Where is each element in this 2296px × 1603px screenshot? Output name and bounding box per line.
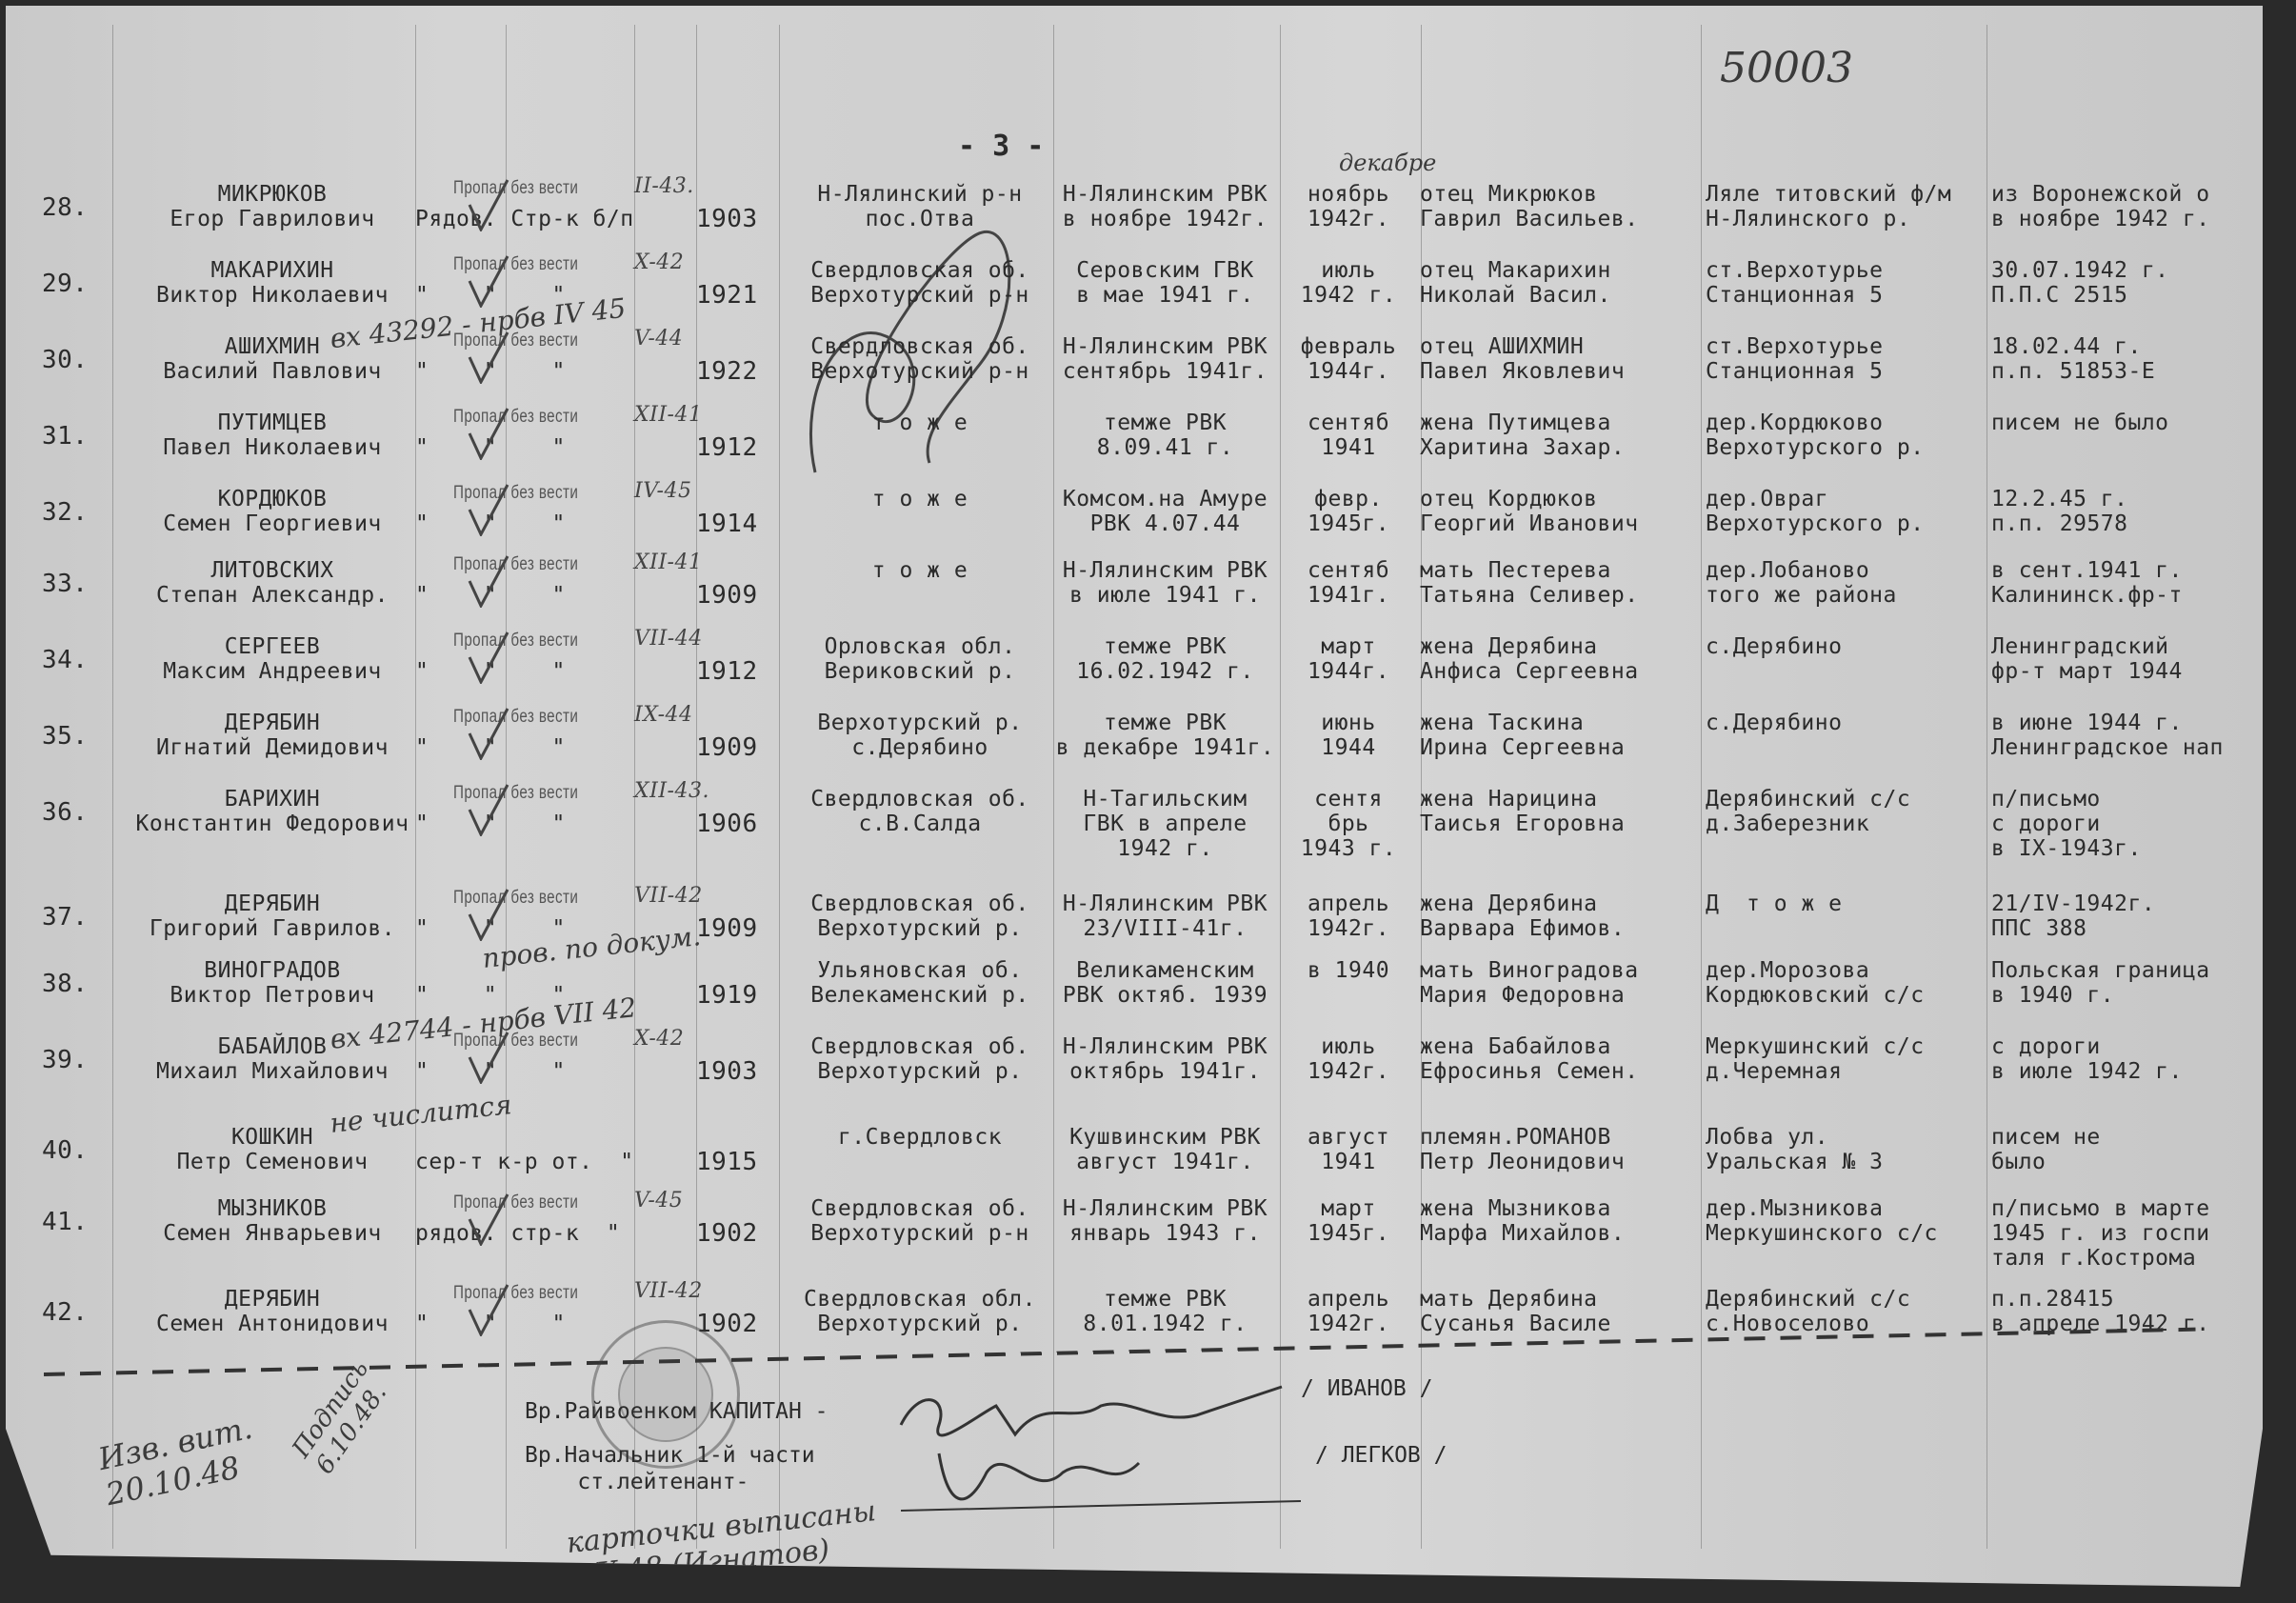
missing-date-handwritten: XII-41 xyxy=(634,403,702,428)
first-name: Егор Гаврилович xyxy=(120,207,425,231)
first-name: Михаил Михайлович xyxy=(120,1059,425,1084)
last-letter-note: п/письмо с дороги в IX-1943г. xyxy=(1991,787,2267,861)
last-contact-date: июль 1942г. xyxy=(1282,1034,1415,1084)
first-name: Семен Антонидович xyxy=(120,1312,425,1336)
checkmark-icon xyxy=(468,407,509,460)
missing-date-handwritten: VII-42 xyxy=(634,884,703,909)
next-of-kin: жена Дерябина Варвара Ефимов. xyxy=(1420,892,1706,941)
checkmark-icon xyxy=(468,631,509,684)
last-letter-note: 21/IV-1942г. ППС 388 xyxy=(1991,892,2267,941)
missing-date-handwritten: X-42 xyxy=(634,1027,684,1052)
last-letter-note: Ленинградский фр-т март 1944 xyxy=(1991,634,2267,684)
birth-place: Свердловская об. Верхотурский р. xyxy=(782,892,1058,941)
last-contact-date: в 1940 xyxy=(1282,958,1415,983)
last-contact-date: апрель 1942г. xyxy=(1282,1287,1415,1336)
kin-address: с.Дерябино xyxy=(1706,711,1991,735)
birth-year: 1909 xyxy=(696,916,758,941)
rank: рядов. стр-к " xyxy=(415,1221,620,1246)
surname: МИКРЮКОВ xyxy=(120,182,425,207)
missing-date-handwritten: II-43. xyxy=(634,174,694,199)
soldier-name: БАРИХИНКонстантин Федорович xyxy=(120,787,425,836)
first-name: Максим Андреевич xyxy=(120,659,425,684)
archive-document-sheet: 50003 - 3 - 28.МИКРЮКОВЕгор ГавриловичРя… xyxy=(6,6,2263,1587)
row-number: 42. xyxy=(42,1300,88,1325)
soldier-name: ПУТИМЦЕВПавел Николаевич xyxy=(120,411,425,460)
next-of-kin: жена Путимцева Харитина Захар. xyxy=(1420,411,1706,460)
row-number: 37. xyxy=(42,905,88,930)
conscription-office: Н-Лялинским РВК сентябрь 1941г. xyxy=(1053,334,1277,384)
last-contact-date: февраль 1944г. xyxy=(1282,334,1415,384)
last-letter-note: Польская граница в 1940 г. xyxy=(1991,958,2267,1008)
table-row: 34.СЕРГЕЕВМаксим Андреевич" " "1912Орлов… xyxy=(6,634,2263,711)
missing-date-handwritten: IV-45 xyxy=(634,479,692,504)
signature-title-1: Вр.Райвоенком КАПИТАН - xyxy=(525,1398,829,1425)
last-contact-date: ноябрь 1942г. xyxy=(1282,182,1415,231)
month-correction-handwritten: декабре xyxy=(1339,150,1436,176)
birth-place: т о ж е xyxy=(782,487,1058,511)
soldier-name: ДЕРЯБИНИгнатий Демидович xyxy=(120,711,425,760)
last-contact-date: сентя брь 1943 г. xyxy=(1282,787,1415,861)
last-contact-date: сентяб 1941г. xyxy=(1282,558,1415,608)
birth-year: 1909 xyxy=(696,583,758,608)
row-number: 39. xyxy=(42,1048,88,1072)
last-contact-date: апрель 1942г. xyxy=(1282,892,1415,941)
conscription-office: темже РВК 8.01.1942 г. xyxy=(1053,1287,1277,1336)
birth-year: 1902 xyxy=(696,1221,758,1246)
table-row: 39.БАБАЙЛОВМихаил Михайлович" " "1903Све… xyxy=(6,1034,2263,1111)
row-number: 31. xyxy=(42,424,88,449)
last-letter-note: писем не было xyxy=(1991,1125,2267,1174)
checkmark-icon xyxy=(468,254,509,308)
archive-number: 50003 xyxy=(1720,44,1853,92)
table-row: 28.МИКРЮКОВЕгор ГавриловичРядов. Стр-к б… xyxy=(6,182,2263,258)
table-row: 30.АШИХМИНВасилий Павлович" " "1922Сверд… xyxy=(6,334,2263,411)
next-of-kin: жена Таскина Ирина Сергеевна xyxy=(1420,711,1706,760)
next-of-kin: мать Дерябина Сусанья Василе xyxy=(1420,1287,1706,1336)
surname: БАРИХИН xyxy=(120,787,425,812)
row-number: 33. xyxy=(42,571,88,596)
birth-place: Н-Лялинский р-н пос.Отва xyxy=(782,182,1058,231)
surname: КОРДЮКОВ xyxy=(120,487,425,511)
conscription-office: темже РВК 16.02.1942 г. xyxy=(1053,634,1277,684)
missing-date-handwritten: X-42 xyxy=(634,250,684,275)
row-number: 36. xyxy=(42,800,88,825)
rank: Рядов. Стр-к б/п xyxy=(415,207,634,231)
row-number: 32. xyxy=(42,500,88,525)
kin-address: ст.Верхотурье Станционная 5 xyxy=(1706,334,1991,384)
row-number: 30. xyxy=(42,348,88,372)
kin-address: Д т о ж е xyxy=(1706,892,1991,916)
soldier-name: МИКРЮКОВЕгор Гаврилович xyxy=(120,182,425,231)
first-name: Василий Павлович xyxy=(120,359,425,384)
next-of-kin: мать Виноградова Мария Федоровна xyxy=(1420,958,1706,1008)
birth-place: Свердловская об. Верхотурский р-н xyxy=(782,1196,1058,1246)
row-number: 40. xyxy=(42,1138,88,1163)
conscription-office: Н-Лялинским РВК 23/VIII-41г. xyxy=(1053,892,1277,941)
birth-place: Свердловская об. Верхотурский р-н xyxy=(782,258,1058,308)
birth-place: Ульяновская об. Велекаменский р. xyxy=(782,958,1058,1008)
last-contact-date: март 1945г. xyxy=(1282,1196,1415,1246)
soldier-name: ДЕРЯБИНГригорий Гаврилов. xyxy=(120,892,425,941)
row-number: 28. xyxy=(42,195,88,220)
checkmark-icon xyxy=(468,554,509,608)
birth-year: 1919 xyxy=(696,983,758,1008)
last-contact-date: август 1941 xyxy=(1282,1125,1415,1174)
missing-date-handwritten: VII-44 xyxy=(634,627,703,651)
next-of-kin: отец АШИХМИН Павел Яковлевич xyxy=(1420,334,1706,384)
last-contact-date: июль 1942 г. xyxy=(1282,258,1415,308)
last-letter-note: из Воронежской о в ноябре 1942 г. xyxy=(1991,182,2267,231)
conscription-office: Великаменским РВК октяб. 1939 xyxy=(1053,958,1277,1008)
soldier-name: МЫЗНИКОВСемен Январьевич xyxy=(120,1196,425,1246)
soldier-name: ДЕРЯБИНСемен Антонидович xyxy=(120,1287,425,1336)
kin-address: дер.Овраг Верхотурского р. xyxy=(1706,487,1991,536)
surname: ДЕРЯБИН xyxy=(120,711,425,735)
kin-address: с.Дерябино xyxy=(1706,634,1991,659)
last-contact-date: февр. 1945г. xyxy=(1282,487,1415,536)
table-row: 33.ЛИТОВСКИХСтепан Александр." " "1909т … xyxy=(6,558,2263,634)
first-name: Степан Александр. xyxy=(120,583,425,608)
birth-year: 1909 xyxy=(696,735,758,760)
surname: ПУТИМЦЕВ xyxy=(120,411,425,435)
conscription-office: Н-Лялинским РВК в ноябре 1942г. xyxy=(1053,182,1277,231)
next-of-kin: жена Бабайлова Ефросинья Семен. xyxy=(1420,1034,1706,1084)
first-name: Игнатий Демидович xyxy=(120,735,425,760)
conscription-office: Н-Тагильским ГВК в апреле 1942 г. xyxy=(1053,787,1277,861)
page-number: - 3 - xyxy=(958,130,1044,163)
kin-address: Ляле титовский ф/м Н-Лялинского р. xyxy=(1706,182,1991,231)
surname: ВИНОГРАДОВ xyxy=(120,958,425,983)
conscription-office: Серовским ГВК в мае 1941 г. xyxy=(1053,258,1277,308)
missing-date-handwritten: IX-44 xyxy=(634,703,693,728)
conscription-office: темже РВК в декабре 1941г. xyxy=(1053,711,1277,760)
kin-address: дер.Кордюково Верхотурского р. xyxy=(1706,411,1991,460)
table-row: 32.КОРДЮКОВСемен Георгиевич" " "1914т о … xyxy=(6,487,2263,563)
conscription-office: Н-Лялинским РВК январь 1943 г. xyxy=(1053,1196,1277,1246)
soldier-name: МАКАРИХИНВиктор Николаевич xyxy=(120,258,425,308)
birth-place: Свердловская об. с.В.Салда xyxy=(782,787,1058,836)
table-row: 35.ДЕРЯБИНИгнатий Демидович" " "1909Верх… xyxy=(6,711,2263,787)
first-name: Семен Январьевич xyxy=(120,1221,425,1246)
birth-year: 1912 xyxy=(696,435,758,460)
last-letter-note: 12.2.45 г. п.п. 29578 xyxy=(1991,487,2267,536)
soldier-name: КОРДЮКОВСемен Георгиевич xyxy=(120,487,425,536)
kin-address: Дерябинский с/с с.Новоселово xyxy=(1706,1287,1991,1336)
birth-year: 1903 xyxy=(696,1059,758,1084)
checkmark-icon xyxy=(468,707,509,760)
next-of-kin: отец Микрюков Гаврил Васильев. xyxy=(1420,182,1706,231)
last-letter-note: 18.02.44 г. п.п. 51853-Е xyxy=(1991,334,2267,384)
birth-year: 1914 xyxy=(696,511,758,536)
birth-place: Свердловская об. Верхотурский р-н xyxy=(782,334,1058,384)
last-letter-note: 30.07.1942 г. П.П.С 2515 xyxy=(1991,258,2267,308)
soldier-name: ЛИТОВСКИХСтепан Александр. xyxy=(120,558,425,608)
first-name: Семен Георгиевич xyxy=(120,511,425,536)
first-name: Виктор Николаевич xyxy=(120,283,425,308)
row-number: 34. xyxy=(42,648,88,672)
row-number: 35. xyxy=(42,724,88,749)
birth-year: 1922 xyxy=(696,359,758,384)
signature-name-1: / ИВАНОВ / xyxy=(1301,1375,1432,1402)
soldier-name: ВИНОГРАДОВВиктор Петрович xyxy=(120,958,425,1008)
last-letter-note: п/письмо в марте 1945 г. из госпи таля г… xyxy=(1991,1196,2267,1271)
kin-address: дер.Лобаново того же района xyxy=(1706,558,1991,608)
birth-place: Свердловская об. Верхотурский р. xyxy=(782,1034,1058,1084)
row-number: 38. xyxy=(42,972,88,996)
conscription-office: темже РВК 8.09.41 г. xyxy=(1053,411,1277,460)
birth-year: 1921 xyxy=(696,283,758,308)
next-of-kin: племян.РОМАНОВ Петр Леонидович xyxy=(1420,1125,1706,1174)
handwritten-signature xyxy=(882,1368,1301,1520)
birth-place: Верхотурский р. с.Дерябино xyxy=(782,711,1058,760)
surname: ДЕРЯБИН xyxy=(120,892,425,916)
signature-name-2: / ЛЕГКОВ / xyxy=(1315,1442,1447,1469)
handwritten-note-cards: карточки выписаны 9/X-48 (Игнатов) xyxy=(565,1494,881,1593)
birth-place: Свердловская обл. Верхотурский р. xyxy=(782,1287,1058,1336)
conscription-office: Кушвинским РВК август 1941г. xyxy=(1053,1125,1277,1174)
next-of-kin: жена Дерябина Анфиса Сергеевна xyxy=(1420,634,1706,684)
checkmark-icon xyxy=(468,783,509,836)
table-row: 37.ДЕРЯБИНГригорий Гаврилов." " "1909Све… xyxy=(6,892,2263,968)
birth-year: 1903 xyxy=(696,207,758,231)
birth-place: г.Свердловск xyxy=(782,1125,1058,1150)
last-letter-note: писем не было xyxy=(1991,411,2267,435)
table-row: 41.МЫЗНИКОВСемен Январьевичрядов. стр-к … xyxy=(6,1196,2263,1272)
kin-address: Лобва ул. Уральская № 3 xyxy=(1706,1125,1991,1174)
missing-date-handwritten: XII-43. xyxy=(634,779,709,804)
next-of-kin: жена Мызникова Марфа Михайлов. xyxy=(1420,1196,1706,1246)
checkmark-icon xyxy=(468,178,509,231)
conscription-office: Н-Лялинским РВК в июле 1941 г. xyxy=(1053,558,1277,608)
last-contact-date: сентяб 1941 xyxy=(1282,411,1415,460)
last-letter-note: в июне 1944 г. Ленинградское нап xyxy=(1991,711,2267,760)
kin-address: ст.Верхотурье Станционная 5 xyxy=(1706,258,1991,308)
birth-year: 1906 xyxy=(696,812,758,836)
surname: СЕРГЕЕВ xyxy=(120,634,425,659)
signature-title-2: Вр.Начальник 1-й части ст.лейтенант- xyxy=(525,1442,815,1495)
birth-place: т о ж е xyxy=(782,411,1058,435)
next-of-kin: отец Кордюков Георгий Иванович xyxy=(1420,487,1706,536)
last-contact-date: июнь 1944 xyxy=(1282,711,1415,760)
checkmark-icon xyxy=(468,888,509,941)
last-letter-note: с дороги в июле 1942 г. xyxy=(1991,1034,2267,1084)
next-of-kin: отец Макарихин Николай Васил. xyxy=(1420,258,1706,308)
checkmark-icon xyxy=(468,483,509,536)
table-row: 40.КОШКИНПетр Семеновичсер-т к-р от. "19… xyxy=(6,1125,2263,1201)
row-number: 41. xyxy=(42,1210,88,1234)
conscription-office: Комсом.на Амуре РВК 4.07.44 xyxy=(1053,487,1277,536)
missing-date-handwritten: V-45 xyxy=(634,1189,683,1213)
birth-place: т о ж е xyxy=(782,558,1058,583)
checkmark-icon xyxy=(468,1283,509,1336)
table-row: 31.ПУТИМЦЕВПавел Николаевич" " "1912т о … xyxy=(6,411,2263,487)
kin-address: дер.Мызникова Меркушинского с/с xyxy=(1706,1196,1991,1246)
handwritten-note-signed: Подпись 6.10.48. xyxy=(287,1355,397,1479)
birth-place: Орловская обл. Вериковский р. xyxy=(782,634,1058,684)
first-name: Григорий Гаврилов. xyxy=(120,916,425,941)
first-name: Петр Семенович xyxy=(120,1150,425,1174)
conscription-office: Н-Лялинским РВК октябрь 1941г. xyxy=(1053,1034,1277,1084)
soldier-name: СЕРГЕЕВМаксим Андреевич xyxy=(120,634,425,684)
surname: ЛИТОВСКИХ xyxy=(120,558,425,583)
missing-date-handwritten: XII-41 xyxy=(634,551,702,575)
last-letter-note: в сент.1941 г. Калининск.фр-т xyxy=(1991,558,2267,608)
missing-date-handwritten: V-44 xyxy=(634,327,683,351)
first-name: Виктор Петрович xyxy=(120,983,425,1008)
kin-address: Дерябинский с/с д.Заберезник xyxy=(1706,787,1991,836)
surname: МЫЗНИКОВ xyxy=(120,1196,425,1221)
first-name: Константин Федорович xyxy=(120,812,425,836)
first-name: Павел Николаевич xyxy=(120,435,425,460)
kin-address: дер.Морозова Кордюковский с/с xyxy=(1706,958,1991,1008)
rank: сер-т к-р от. " xyxy=(415,1150,634,1174)
checkmark-icon xyxy=(468,1192,509,1246)
surname: ДЕРЯБИН xyxy=(120,1287,425,1312)
kin-address: Меркушинский с/с д.Черемная xyxy=(1706,1034,1991,1084)
birth-year: 1915 xyxy=(696,1150,758,1174)
table-row: 36.БАРИХИНКонстантин Федорович" " "1906С… xyxy=(6,787,2263,863)
surname: МАКАРИХИН xyxy=(120,258,425,283)
missing-date-handwritten: VII-42 xyxy=(634,1279,703,1304)
birth-year: 1912 xyxy=(696,659,758,684)
last-contact-date: март 1944г. xyxy=(1282,634,1415,684)
row-number: 29. xyxy=(42,271,88,296)
next-of-kin: жена Нарицина Таисья Егоровна xyxy=(1420,787,1706,836)
next-of-kin: мать Пестерева Татьяна Селивер. xyxy=(1420,558,1706,608)
handwritten-note-left: Изв. вит. 20.10.48 xyxy=(95,1410,263,1513)
